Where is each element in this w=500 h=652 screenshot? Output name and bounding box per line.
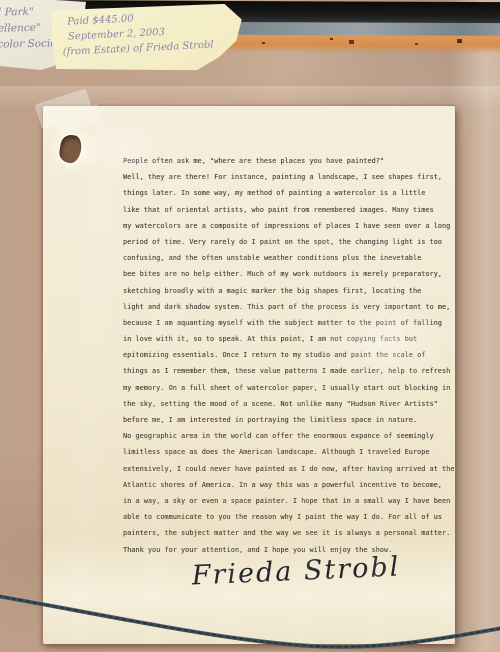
typed-line: extensively, I could never have painted … xyxy=(123,461,455,477)
typed-line: in love with it, so to speak. At this po… xyxy=(123,331,455,347)
typed-line: light and dark shadow system. This part … xyxy=(123,299,455,315)
typed-line: limitless space as does the American lan… xyxy=(123,444,455,460)
typed-line: like that of oriental artists, who paint… xyxy=(123,202,455,218)
typed-line: the sky, setting the mood of a scene. No… xyxy=(123,396,455,412)
typed-line: confusing, and the often unstable weathe… xyxy=(123,250,455,266)
typed-line: before me, I am interested in portraying… xyxy=(123,412,455,428)
typed-line: Well, they are there! For instance, pain… xyxy=(123,169,455,185)
typed-line: People often ask me, "where are these pl… xyxy=(123,153,455,169)
paid-note: Paid $445.00September 2, 2003(from Estat… xyxy=(52,4,243,73)
typed-line: period of time. Very rarely do I paint o… xyxy=(123,234,455,250)
typed-line: painters, the subject matter and the way… xyxy=(123,525,455,541)
typed-line: sketching broadly with a magic marker th… xyxy=(123,283,455,299)
typed-text-block: People often ask me, "where are these pl… xyxy=(123,153,455,558)
typed-line: able to communicate to you the reason wh… xyxy=(123,509,455,525)
typed-line: things later. In some way, my method of … xyxy=(123,185,455,201)
typed-line: Atlantic shores of America. In a way thi… xyxy=(123,477,455,493)
typed-line: in a way, a sky or even a space painter.… xyxy=(123,493,455,509)
typed-line: No geographic area in the world can offe… xyxy=(123,428,455,444)
typed-line: epitomizing essentials. Once I return to… xyxy=(123,347,455,363)
typed-line: things as I remember them, these value p… xyxy=(123,363,455,379)
typed-line: because I am aquanting myself with the s… xyxy=(123,315,455,331)
typed-line: my memory. On a full sheet of watercolor… xyxy=(123,380,455,396)
letter-page: People often ask me, "where are these pl… xyxy=(43,106,455,644)
typed-line: my watercolors are a composite of impres… xyxy=(123,218,455,234)
typed-line: bee bites are no help either. Much of my… xyxy=(123,266,455,282)
paid-note-lines: Paid $445.00September 2, 2003(from Estat… xyxy=(67,8,214,60)
framed-letter-photo: People often ask me, "where are these pl… xyxy=(0,0,500,652)
